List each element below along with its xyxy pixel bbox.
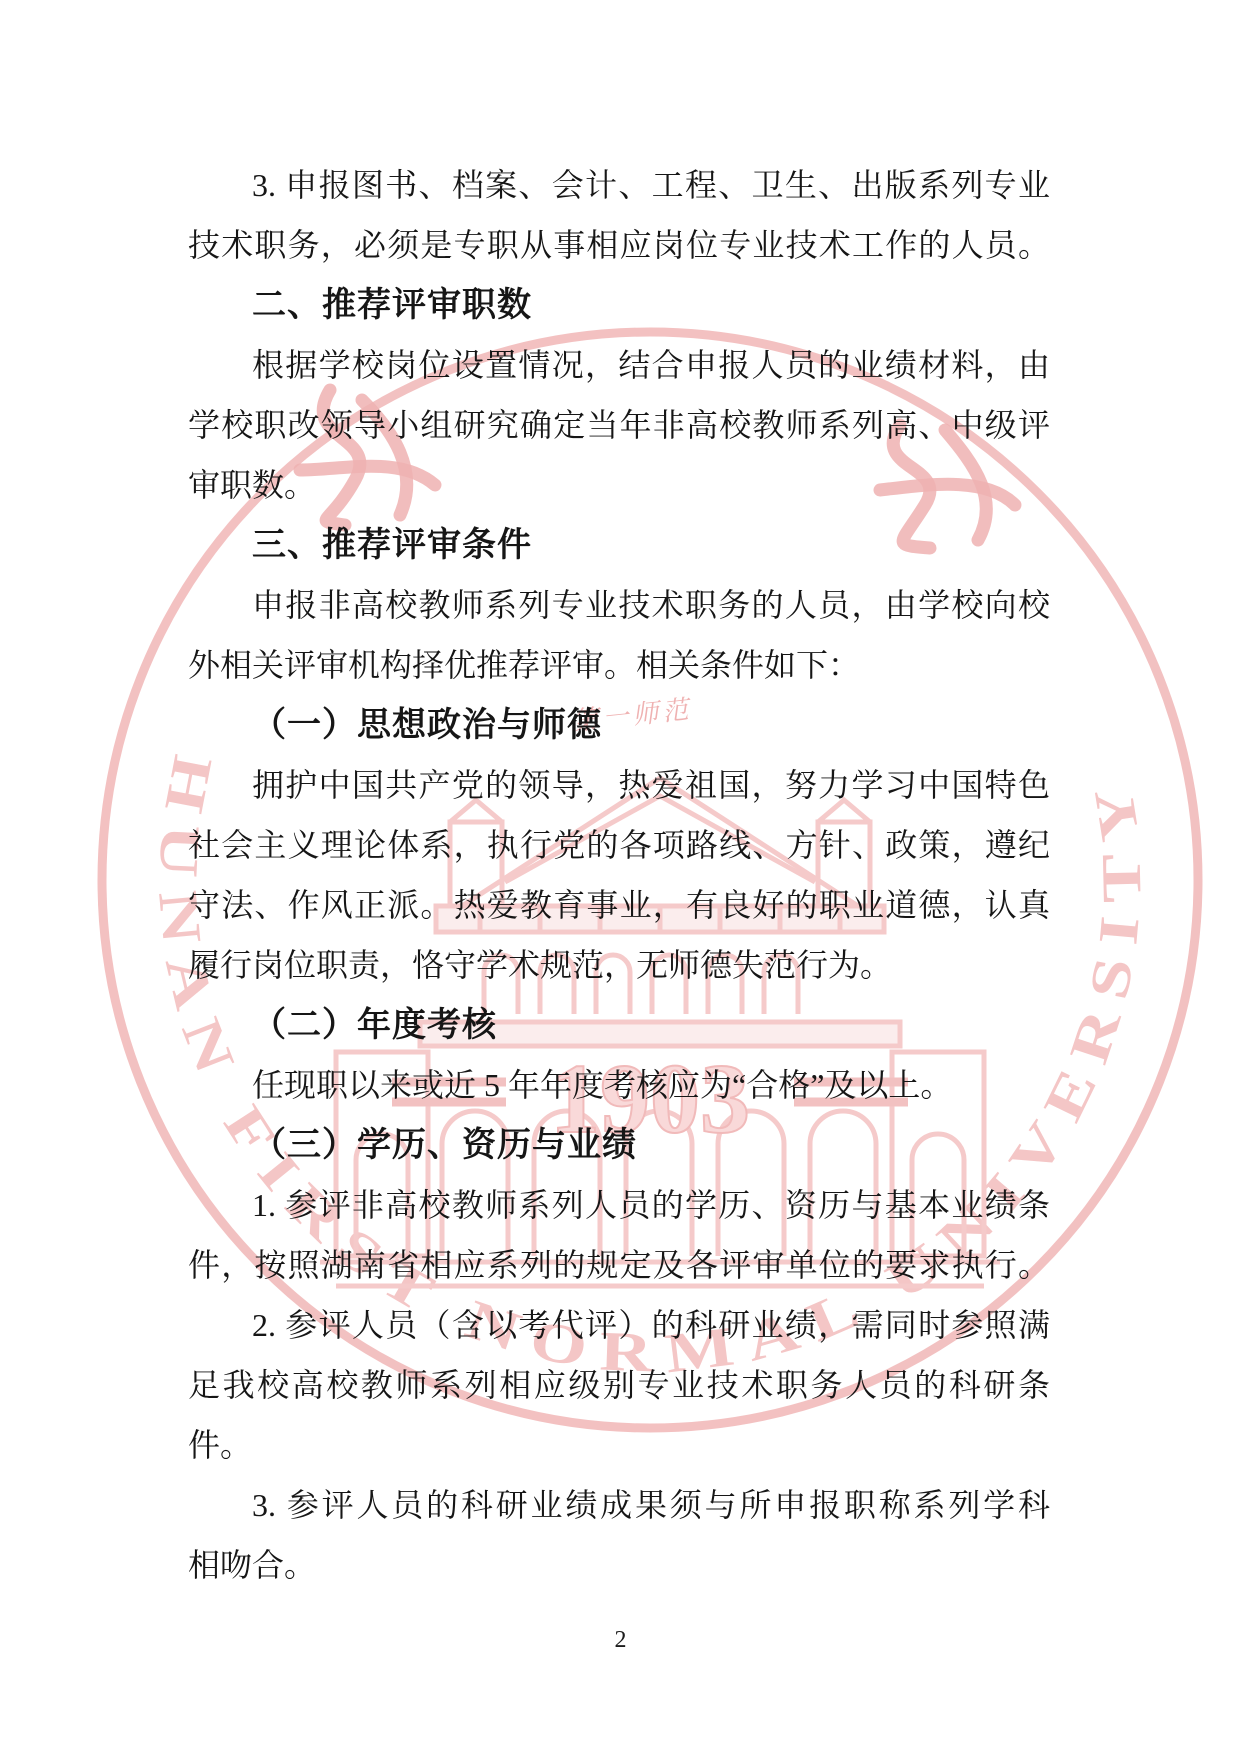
text-line: 件，按照湖南省相应系列的规定及各评审单位的要求执行。 bbox=[188, 1235, 1050, 1295]
text-line: 守法、作风正派。热爱教育事业，有良好的职业道德，认真 bbox=[188, 875, 1050, 935]
text-line: 申报非高校教师系列专业技术职务的人员，由学校向校 bbox=[188, 575, 1050, 635]
heading-line: （一）思想政治与师德 bbox=[188, 695, 1050, 755]
text-block: 3. 申报图书、档案、会计、工程、卫生、出版系列专业技术职务，必须是专职从事相应… bbox=[188, 155, 1050, 1595]
text-line: 3. 申报图书、档案、会计、工程、卫生、出版系列专业 bbox=[188, 155, 1050, 215]
text-line: 社会主义理论体系，执行党的各项路线、方针、政策，遵纪 bbox=[188, 815, 1050, 875]
text-line: 外相关评审机构择优推荐评审。相关条件如下： bbox=[188, 635, 1050, 695]
text-line: 拥护中国共产党的领导，热爱祖国，努力学习中国特色 bbox=[188, 755, 1050, 815]
text-line: 1. 参评非高校教师系列人员的学历、资历与基本业绩条 bbox=[188, 1175, 1050, 1235]
heading-line: （三）学历、资历与业绩 bbox=[188, 1115, 1050, 1175]
text-line: 任现职以来或近 5 年年度考核应为“合格”及以上。 bbox=[188, 1055, 1050, 1115]
text-line: 学校职改领导小组研究确定当年非高校教师系列高、中级评 bbox=[188, 395, 1050, 455]
heading-line: （二）年度考核 bbox=[188, 995, 1050, 1055]
text-line: 履行岗位职责，恪守学术规范，无师德失范行为。 bbox=[188, 935, 1050, 995]
text-line: 3. 参评人员的科研业绩成果须与所申报职称系列学科 bbox=[188, 1475, 1050, 1535]
document-page: HUNAN FIRST NORMAL UNIVERSITY bbox=[0, 0, 1241, 1755]
text-line: 相吻合。 bbox=[188, 1535, 1050, 1595]
text-line: 足我校高校教师系列相应级别专业技术职务人员的科研条 bbox=[188, 1355, 1050, 1415]
heading-line: 三、推荐评审条件 bbox=[188, 515, 1050, 575]
heading-line: 二、推荐评审职数 bbox=[188, 275, 1050, 335]
text-line: 根据学校岗位设置情况，结合申报人员的业绩材料，由 bbox=[188, 335, 1050, 395]
text-line: 件。 bbox=[188, 1415, 1050, 1475]
text-line: 审职数。 bbox=[188, 455, 1050, 515]
text-line: 2. 参评人员（含以考代评）的科研业绩，需同时参照满 bbox=[188, 1295, 1050, 1355]
page-number: 2 bbox=[0, 1626, 1241, 1654]
text-line: 技术职务，必须是专职从事相应岗位专业技术工作的人员。 bbox=[188, 215, 1050, 275]
